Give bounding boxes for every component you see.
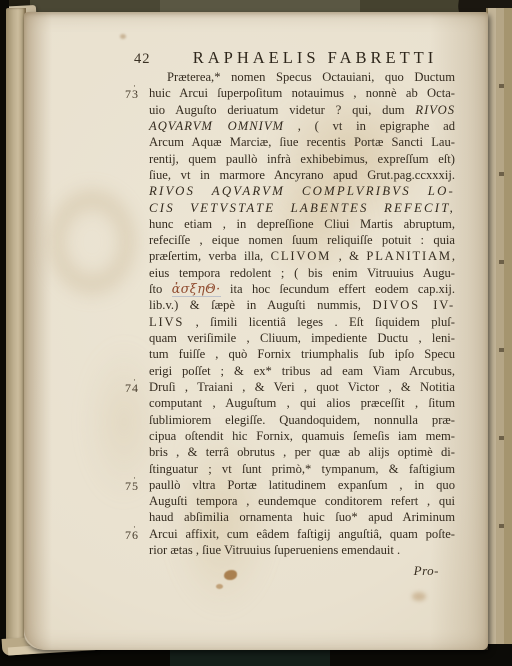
margin-note-mark: · (133, 470, 143, 486)
text-segment: DIVOS IV- (372, 298, 455, 312)
text-segment: bris , & terrâ obrutus , per quæ ab alij… (149, 445, 455, 459)
text-line: bris , & terrâ obrutus , per quæ ab alij… (149, 444, 455, 460)
text-segment: rentij, quem paullò infrà exhibebimus, e… (149, 152, 455, 166)
text-block: Præterea,* nomen Specus Octauiani, quo D… (149, 69, 455, 558)
text-segment: uio Auguſto deriuatum videtur ? qui, dum (149, 103, 415, 117)
text-segment: RIVOS AQVARVM COMPLVRIBVS LO- (149, 184, 455, 198)
text-segment: ſiue, vt in marmore Ancyrano apud Grut.p… (149, 168, 455, 182)
text-line: ſublimiorem elegiſſe. Quandoquidem, nonn… (149, 412, 455, 428)
text-line: Arcum Aquæ Marciæ, ſiue recentis Portæ S… (149, 134, 455, 150)
page-header: 42 RAPHAELIS FABRETTI (149, 48, 455, 68)
text-line: rentij, quem paullò infrà exhibebimus, e… (149, 151, 455, 167)
text-segment: refeciſſe , eique nomen ſuum reliquiſſe … (149, 233, 455, 247)
page-number: 42 (134, 51, 151, 68)
text-segment: Arcui affixit, cum eâdem faſtigij anguſt… (149, 527, 455, 541)
page-edge-marks (499, 84, 504, 604)
text-segment: hunc etiam , in depreſſione Cliui Martis… (149, 217, 455, 231)
text-segment: eius tempora redolent ; ( bis enim Vitru… (149, 266, 455, 280)
text-line: refeciſſe , eique nomen ſuum reliquiſſe … (149, 232, 455, 248)
text-segment: Præterea,* nomen Specus Octauiani, quo D… (167, 70, 455, 84)
text-line: AQVARVM OMNIVM , ( vt in epigraphe ad (149, 118, 455, 134)
text-line: ſiue, vt in marmore Ancyrano apud Grut.p… (149, 167, 455, 183)
text-line: uio Auguſto deriuatum videtur ? qui, dum… (149, 102, 455, 118)
text-line: 76·Arcui affixit, cum eâdem faſtigij ang… (149, 526, 455, 542)
text-segment: PLANITIAM (366, 249, 451, 263)
text-line: quam veriſimile , Cliuum, impediente Duc… (149, 330, 455, 346)
paper-spot (120, 34, 126, 39)
text-segment: computant , Auguſtum , qui alios præceſſ… (149, 396, 455, 410)
text-line: computant , Auguſtum , qui alios præceſſ… (149, 395, 455, 411)
running-title: RAPHAELIS FABRETTI (149, 48, 455, 68)
text-segment: rior ætas , ſiue Vitruuius ſuperueniens … (149, 543, 400, 557)
text-segment: ſtinguatur ; vt ſunt primò,* tympanum, &… (149, 462, 455, 476)
text-line: ſto ἀσξηΘ· ita hoc ſecundum effert eodem… (149, 281, 455, 297)
page-fore-edge-left (6, 8, 26, 658)
text-segment: præſertim, verba illa, (149, 249, 271, 263)
text-segment: , & (331, 249, 366, 263)
text-segment: CLIVOM (271, 249, 331, 263)
text-line: haud abſimilia ornamenta huic ſuo* apud … (149, 509, 455, 525)
text-segment: lib.v.) & ſæpè in Auguſti nummis, (149, 298, 372, 312)
text-line: rior ætas , ſiue Vitruuius ſuperueniens … (149, 542, 455, 558)
text-segment: haud abſimilia ornamenta huic ſuo* apud … (149, 510, 455, 524)
text-line: ſtinguatur ; vt ſunt primò,* tympanum, &… (149, 461, 455, 477)
book-photo: 42 RAPHAELIS FABRETTI Præterea,* nomen S… (0, 0, 512, 666)
catchword: Pro- (149, 563, 455, 579)
text-segment: , ( vt in epigraphe ad (284, 119, 455, 133)
text-line: lib.v.) & ſæpè in Auguſti nummis, DIVOS … (149, 297, 455, 313)
text-line: tum fuiſſe , quò Fornix triumphalis ſub … (149, 346, 455, 362)
text-line: CIS VETVSTATE LABENTES REFECIT, (149, 200, 455, 216)
text-segment: tum fuiſſe , quò Fornix triumphalis ſub … (149, 347, 455, 361)
text-line: cipua oſtendit hic Fornix, quamuis ſemeſ… (149, 428, 455, 444)
text-segment: Arcum Aquæ Marciæ, ſiue recentis Portæ S… (149, 135, 455, 149)
text-segment: Auguſti tempora , eundemque conditorem r… (149, 494, 455, 508)
text-line: LIVS , ſimili licentiâ leges . Eſt ſiqui… (149, 314, 455, 330)
text-line: 74·Druſi , Traiani , & Veri , quot Victo… (149, 379, 455, 395)
text-line: præſertim, verba illa, CLIVOM , & PLANIT… (149, 248, 455, 264)
text-segment: ſto (149, 282, 172, 296)
text-segment: , ſimili licentiâ leges . Eſt ſiquidem p… (184, 315, 455, 329)
text-segment: paullò vltra Portæ latitudinem expanſum … (149, 478, 455, 492)
text-segment: quam veriſimile , Cliuum, impediente Duc… (149, 331, 455, 345)
text-line: eius tempora redolent ; ( bis enim Vitru… (149, 265, 455, 281)
text-line: RIVOS AQVARVM COMPLVRIBVS LO- (149, 183, 455, 199)
text-line: erigi poſſet ; & ex* tribus ad eam Viam … (149, 363, 455, 379)
paper-stain (42, 182, 142, 302)
margin-note-mark: · (133, 372, 143, 388)
text-line: hunc etiam , in depreſſione Cliui Martis… (149, 216, 455, 232)
text-line: Præterea,* nomen Specus Octauiani, quo D… (149, 69, 455, 85)
text-segment: CIS VETVSTATE LABENTES REFECIT, (149, 201, 455, 215)
text-segment: LIVS (149, 315, 184, 329)
text-line: 73·huic Arcui ſuperpoſitum notauimus , n… (149, 85, 455, 101)
text-line: 75·paullò vltra Portæ latitudinem expanſ… (149, 477, 455, 493)
text-segment: AQVARVM OMNIVM (149, 119, 284, 133)
margin-note-mark: · (133, 78, 143, 94)
text-segment: Druſi , Traiani , & Veri , quot Victor ,… (149, 380, 455, 394)
text-segment: erigi poſſet ; & ex* tribus ad eam Viam … (149, 364, 455, 378)
text-segment: cipua oſtendit hic Fornix, quamuis ſemeſ… (149, 429, 455, 443)
book-page: 42 RAPHAELIS FABRETTI Præterea,* nomen S… (24, 12, 488, 650)
text-segment: ita hoc ſecundum effert eodem cap.xij. (221, 282, 455, 296)
paper-spot (412, 592, 426, 601)
gutter-shadow (24, 12, 52, 650)
text-segment: ἀσξηΘ· (172, 281, 221, 297)
text-segment: huic Arcui ſuperpoſitum notauimus , nonn… (149, 86, 455, 100)
text-segment: , (452, 249, 455, 263)
text-line: Auguſti tempora , eundemque conditorem r… (149, 493, 455, 509)
text-segment: RIVOS (415, 103, 455, 117)
paper-spot (216, 584, 223, 589)
margin-note-mark: · (133, 519, 143, 535)
text-segment: ſublimiorem elegiſſe. Quandoquidem, nonn… (149, 413, 455, 427)
